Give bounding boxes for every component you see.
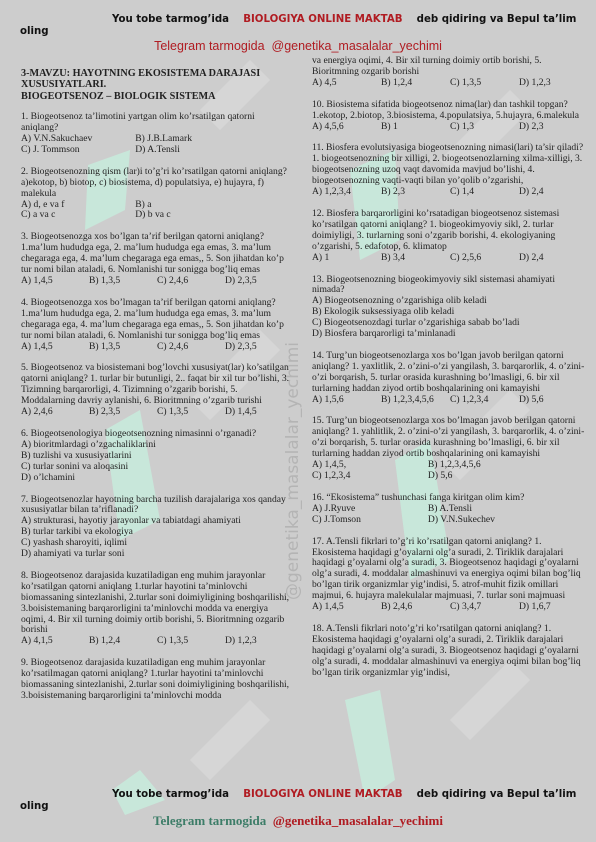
channel-name: BIOLOGIYA ONLINE MAKTAB (243, 14, 402, 25)
answer-option: B) 2,3 (381, 187, 450, 198)
question-text: 10. Biosistema sifatida biogeotsenoz nim… (312, 100, 588, 122)
question-block: 4. Biogeotsenozga xos bo’lmagan ta’rif b… (21, 298, 293, 353)
answer-options: A) 1,4,5B) 1,3,5C) 2,4,6D) 2,3,5 (21, 342, 293, 353)
question-block: 7. Biogeotsenozlar hayotning barcha tuzi… (21, 495, 293, 560)
answer-option: A) 1,4,5 (312, 602, 381, 613)
answer-option: C) 2,4,6 (157, 276, 225, 287)
question-block: 12. Biosfera barqarorligini ko’rsatadiga… (312, 209, 588, 264)
answer-options: A) 1,4,5B) 1,3,5C) 2,4,6D) 2,3,5 (21, 276, 293, 287)
answer-option: B) 1,3,5 (89, 276, 157, 287)
question-text: 3. Biogeotsenozga xos bo’lgan ta’rif ber… (21, 232, 293, 276)
answer-option: D) 2,4 (519, 187, 588, 198)
answer-option: C) 1,3,5 (450, 78, 519, 89)
question-text: 9. Biogeotsenoz darajasida kuzatiladigan… (21, 658, 293, 702)
telegram-banner-top: Telegram tarmogida @genetika_masalalar_y… (0, 39, 596, 53)
answer-option: D) 5,6 (428, 471, 588, 482)
answer-option: A) 1,4,5 (21, 342, 89, 353)
page-title: 3-MAVZU: HAYOTNING EKOSISTEMA DARAJASI X… (21, 68, 293, 102)
answer-option: D) 2,3,5 (225, 276, 293, 287)
answer-option: D) 5,6 (519, 395, 588, 406)
question-block: 11. Biosfera evolutsiyasiga biogeotsenoz… (312, 143, 588, 198)
question-block: 10. Biosistema sifatida biogeotsenoz nim… (312, 100, 588, 133)
question-list-right: va energiya oqimi, 4. Bir xil turning do… (312, 56, 588, 679)
question-block: 5. Biogeotsenoz va biosistemani bog’lovc… (21, 363, 293, 418)
answer-option: C) turlar sonini va aloqasini (21, 462, 293, 473)
question-text: 17. A.Tensli fikrlari to’g’ri ko’rsatilg… (312, 537, 588, 602)
answer-options: A) 4,5B) 1,2,4C) 1,3,5D) 1,2,3 (312, 78, 588, 89)
left-column: 3-MAVZU: HAYOTNING EKOSISTEMA DARAJASI X… (21, 56, 293, 702)
answer-option: A) 1,5,6 (312, 395, 381, 406)
answer-option: C) 3,4,7 (450, 602, 519, 613)
answer-option: D) 2,3 (519, 122, 588, 133)
question-block: 3. Biogeotsenozga xos bo’lgan ta’rif ber… (21, 232, 293, 287)
answer-option: B) 1,3,5 (89, 342, 157, 353)
answer-option: D) b va c (135, 210, 293, 221)
answer-option: B) 1 (381, 122, 450, 133)
answer-option: B) 2,3,5 (89, 407, 157, 418)
question-text: 14. Turg’un biogeotsenozlarga xos bo’lga… (312, 351, 588, 395)
answer-option: C) 2,4,6 (157, 342, 225, 353)
answer-option: D) o’lchamini (21, 473, 293, 484)
answer-option: C) 2,5,6 (450, 253, 519, 264)
answer-option: C) a va c (21, 210, 135, 221)
question-text: 11. Biosfera evolutsiyasiga biogeotsenoz… (312, 143, 588, 187)
answer-options: A) 4,5,6B) 1C) 1,3D) 2,3 (312, 122, 588, 133)
answer-option: D) V.N.Sukechev (428, 515, 588, 526)
telegram-banner-bottom: Telegram tarmogida @genetika_masalalar_y… (0, 813, 596, 829)
answer-option: A) 1,4,5 (21, 276, 89, 287)
answer-option: D) 1,6,7 (519, 602, 588, 613)
answer-option: D) A.Tensli (135, 145, 293, 156)
question-list-left: 1. Biogeotsenoz ta’limotini yartgan olim… (21, 112, 293, 702)
answer-option: C) J.Tomson (312, 515, 428, 526)
answer-option: A) 4,1,5 (21, 636, 89, 647)
question-text: 7. Biogeotsenozlar hayotning barcha tuzi… (21, 495, 293, 517)
question-text: 13. Biogeotsenozning biogeokimyoviy sikl… (312, 275, 588, 297)
answer-options: A) V.N.SakuchaevB) J.B.LamarkC) J. Tomms… (21, 134, 293, 156)
answer-options: A) d, e va fB) aC) a va cD) b va c (21, 200, 293, 222)
answer-options: A) Biogeotsenozning o’zgarishiga olib ke… (312, 296, 588, 340)
answer-option: C) J. Tommson (21, 145, 135, 156)
question-block: 9. Biogeotsenoz darajasida kuzatiladigan… (21, 658, 293, 702)
question-block: 2. Biogeotsenozning qism (lar)i to’g’ri … (21, 167, 293, 222)
answer-options: A) 4,1,5B) 1,2,4C) 1,3,5D) 1,2,3 (21, 636, 293, 647)
question-block: 14. Turg’un biogeotsenozlarga xos bo’lga… (312, 351, 588, 406)
right-column: va energiya oqimi, 4. Bir xil turning do… (312, 56, 588, 690)
answer-option: B) 3,4 (381, 253, 450, 264)
answer-option: A) 1,2,3,4 (312, 187, 381, 198)
question-text: va energiya oqimi, 4. Bir xil turning do… (312, 56, 588, 78)
answer-option: D) 2,4 (519, 253, 588, 264)
answer-options: A) 1,4,5B) 2,4,6C) 3,4,7D) 1,6,7 (312, 602, 588, 613)
telegram-handle[interactable]: @genetika_masalalar_yechimi (272, 39, 442, 53)
telegram-handle[interactable]: @genetika_masalalar_yechimi (273, 813, 443, 828)
answer-option: B) 1,2,3,4,5,6 (381, 395, 450, 406)
question-text: 15. Turg’un biogeotsenozlarga xos bo’lma… (312, 416, 588, 460)
answer-option: B) 2,4,6 (381, 602, 450, 613)
question-block: va energiya oqimi, 4. Bir xil turning do… (312, 56, 588, 89)
answer-option: C) 1,2,3,4 (312, 471, 428, 482)
answer-options: A) 1,2,3,4B) 2,3C) 1,4D) 2,4 (312, 187, 588, 198)
question-block: 8. Biogeotsenoz darajasida kuzatiladigan… (21, 571, 293, 647)
answer-option: B) 1,2,4 (89, 636, 157, 647)
question-block: 16. “Ekosistema” tushunchasi fanga kirit… (312, 493, 588, 526)
answer-option: C) 1,3,5 (157, 636, 225, 647)
question-text: 8. Biogeotsenoz darajasida kuzatiladigan… (21, 571, 293, 636)
question-block: 18. A.Tensli fikrlari noto’g’ri ko’rsati… (312, 624, 588, 679)
answer-option: D) 1,4,5 (225, 407, 293, 418)
question-block: 15. Turg’un biogeotsenozlarga xos bo’lma… (312, 416, 588, 481)
answer-option: C) 1,3 (450, 122, 519, 133)
question-text: 4. Biogeotsenozga xos bo’lmagan ta’rif b… (21, 298, 293, 342)
answer-option: D) ahamiyati va turlar soni (21, 549, 293, 560)
question-text: 12. Biosfera barqarorligini ko’rsatadiga… (312, 209, 588, 253)
question-block: 1. Biogeotsenoz ta’limotini yartgan olim… (21, 112, 293, 156)
question-text: 18. A.Tensli fikrlari noto’g’ri ko’rsati… (312, 624, 588, 679)
answer-option: D) 1,2,3 (225, 636, 293, 647)
answer-option: C) 1,4 (450, 187, 519, 198)
answer-option: D) 1,2,3 (519, 78, 588, 89)
answer-option: A) 4,5,6 (312, 122, 381, 133)
answer-options: A) 1,4,5,B) 1,2,3,4,5,6C) 1,2,3,4D) 5,6 (312, 460, 588, 482)
question-text: 1. Biogeotsenoz ta’limotini yartgan olim… (21, 112, 293, 134)
answer-option: D) Biosfera barqarorligi ta’minlanadi (312, 329, 588, 340)
answer-options: A) 2,4,6B) 2,3,5C) 1,3,5D) 1,4,5 (21, 407, 293, 418)
answer-options: A) bioritmlardagi o’zgachaliklariniB) tu… (21, 440, 293, 484)
answer-options: A) strukturasi, hayotiy jarayonlar va ta… (21, 516, 293, 560)
answer-option: C) 1,3,5 (157, 407, 225, 418)
answer-options: A) J.RyuveB) A.TensliC) J.TomsonD) V.N.S… (312, 504, 588, 526)
answer-option: A) 4,5 (312, 78, 381, 89)
answer-option: A) 1 (312, 253, 381, 264)
question-text: 5. Biogeotsenoz va biosistemani bog’lovc… (21, 363, 293, 407)
answer-option: C) 1,2,3,4 (450, 395, 519, 406)
question-block: 13. Biogeotsenozning biogeokimyoviy sikl… (312, 275, 588, 340)
question-text: 2. Biogeotsenozning qism (lar)i to’g’ri … (21, 167, 293, 200)
question-block: 6. Biogeotsenologiya biogeotsenozning ni… (21, 429, 293, 484)
answer-option: D) 2,3,5 (225, 342, 293, 353)
answer-options: A) 1,5,6B) 1,2,3,4,5,6C) 1,2,3,4D) 5,6 (312, 395, 588, 406)
answer-option: B) 1,2,4 (381, 78, 450, 89)
answer-option: A) 2,4,6 (21, 407, 89, 418)
answer-options: A) 1B) 3,4C) 2,5,6D) 2,4 (312, 253, 588, 264)
question-block: 17. A.Tensli fikrlari to’g’ri ko’rsatilg… (312, 537, 588, 613)
